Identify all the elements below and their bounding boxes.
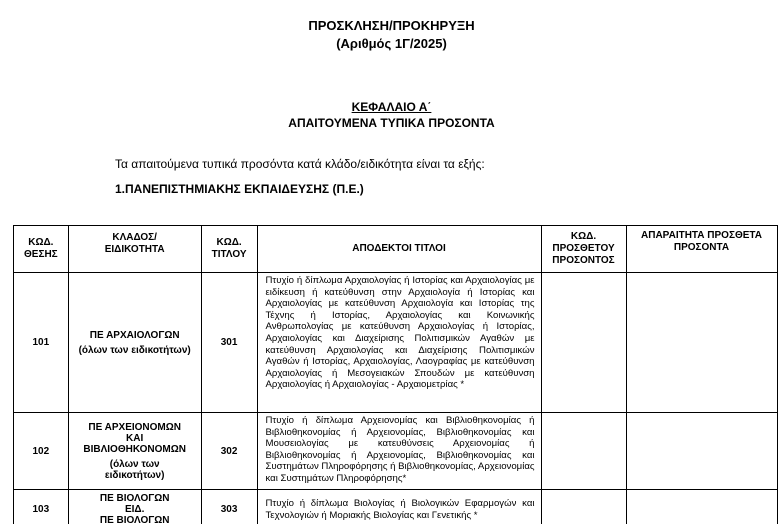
qualifications-table: ΚΩΔ. ΘΕΣΗΣ ΚΛΑΔΟΣ/ ΕΙΔΙΚΟΤΗΤΑ ΚΩΔ. ΤΙΤΛΟ…: [13, 225, 778, 524]
table-row: 102 ΠΕ ΑΡΧΕΙΟΝΟΜΩΝ ΚΑΙ ΒΙΒΛΙΟΘΗΚΟΝΟΜΩΝ (…: [14, 413, 778, 490]
position-code: 101: [14, 273, 69, 413]
col-accepted-titles: ΑΠΟΔΕΚΤΟΙ ΤΙΤΛΟΙ: [257, 226, 541, 273]
title-code: 302: [201, 413, 257, 490]
branch-cell: ΠΕ ΑΡΧΕΙΟΝΟΜΩΝ ΚΑΙ ΒΙΒΛΙΟΘΗΚΟΝΟΜΩΝ (όλων…: [68, 413, 201, 490]
extra-qualifications: [626, 273, 777, 413]
col-extra-qualifications: ΑΠΑΡΑΙΤΗΤΑ ΠΡΟΣΘΕΤΑ ΠΡΟΣΟΝΤΑ: [626, 226, 777, 273]
extra-code: [541, 490, 626, 524]
col-extra-code: ΚΩΔ. ΠΡΟΣΘΕΤΟΥ ΠΡΟΣΟΝΤΟΣ: [541, 226, 626, 273]
extra-code: [541, 413, 626, 490]
chapter-heading: ΚΕΦΑΛΑΙΟ Α΄: [0, 100, 783, 114]
col-branch: ΚΛΑΔΟΣ/ ΕΙΔΙΚΟΤΗΤΑ: [68, 226, 201, 273]
extra-code: [541, 273, 626, 413]
branch-line2: ΕΙΔ.: [69, 504, 201, 515]
table-row: 101 ΠΕ ΑΡΧΑΙΟΛΟΓΩΝ (όλων των ειδικοτήτων…: [14, 273, 778, 413]
position-code: 103: [14, 490, 69, 524]
document-number: (Αριθμός 1Γ/2025): [0, 36, 783, 51]
intro-text: Τα απαιτούμενα τυπικά προσόντα κατά κλάδ…: [115, 157, 485, 171]
extra-qualifications: [626, 490, 777, 524]
branch-name: ΠΕ ΑΡΧΑΙΟΛΟΓΩΝ: [90, 330, 180, 341]
document-title: ΠΡΟΣΚΛΗΣΗ/ΠΡΟΚΗΡΥΞΗ: [0, 18, 783, 33]
title-code: 303: [201, 490, 257, 524]
chapter-title: ΑΠΑΙΤΟΥΜΕΝΑ ΤΥΠΙΚΑ ΠΡΟΣΟΝΤΑ: [0, 116, 783, 130]
branch-note: (όλων των ειδικοτήτων): [79, 459, 191, 481]
accepted-titles: Πτυχίο ή δίπλωμα Βιολογίας ή Βιολογικών …: [257, 490, 541, 524]
col-position-code: ΚΩΔ. ΘΕΣΗΣ: [14, 226, 69, 273]
branch-name: ΠΕ ΑΡΧΕΙΟΝΟΜΩΝ ΚΑΙ ΒΙΒΛΙΟΘΗΚΟΝΟΜΩΝ: [83, 422, 186, 455]
table-row: 103 ΠΕ ΒΙΟΛΟΓΩΝ ΕΙΔ. ΠΕ ΒΙΟΛΟΓΩΝ 303 Πτυ…: [14, 490, 778, 524]
branch-name: ΠΕ ΒΙΟΛΟΓΩΝ: [69, 493, 201, 504]
accepted-titles: Πτυχίο ή δίπλωμα Αρχαιολογίας ή Ιστορίας…: [257, 273, 541, 413]
branch-cell: ΠΕ ΑΡΧΑΙΟΛΟΓΩΝ (όλων των ειδικοτήτων): [68, 273, 201, 413]
branch-cell: ΠΕ ΒΙΟΛΟΓΩΝ ΕΙΔ. ΠΕ ΒΙΟΛΟΓΩΝ: [68, 490, 201, 524]
extra-qualifications: [626, 413, 777, 490]
branch-note: (όλων των ειδικοτήτων): [69, 345, 201, 356]
position-code: 102: [14, 413, 69, 490]
branch-line3: ΠΕ ΒΙΟΛΟΓΩΝ: [69, 515, 201, 524]
col-title-code: ΚΩΔ. ΤΙΤΛΟΥ: [201, 226, 257, 273]
section-heading: 1.ΠΑΝΕΠΙΣΤΗΜΙΑΚΗΣ ΕΚΠΑΙΔΕΥΣΗΣ (Π.Ε.): [115, 182, 364, 196]
title-code: 301: [201, 273, 257, 413]
table-header-row: ΚΩΔ. ΘΕΣΗΣ ΚΛΑΔΟΣ/ ΕΙΔΙΚΟΤΗΤΑ ΚΩΔ. ΤΙΤΛΟ…: [14, 226, 778, 273]
accepted-titles: Πτυχίο ή δίπλωμα Αρχειονομίας και Βιβλιο…: [257, 413, 541, 490]
